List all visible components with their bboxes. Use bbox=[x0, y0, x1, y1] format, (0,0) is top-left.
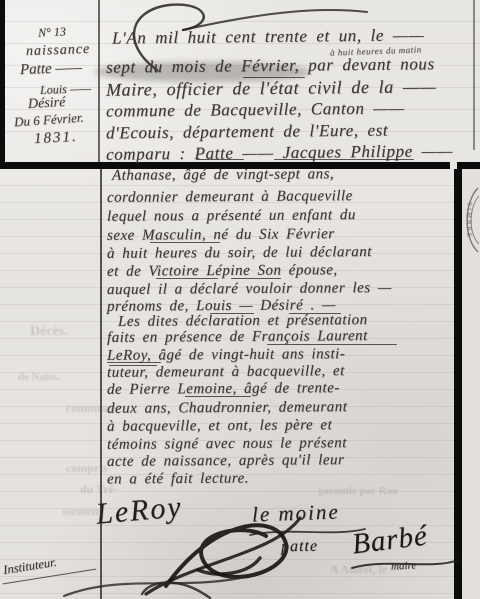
bleedthrough-text: compris bbox=[66, 462, 107, 474]
signature-patte: patte bbox=[281, 539, 318, 556]
divider-gap bbox=[450, 162, 457, 169]
act-text-line: cordonnier demeurant à Bacqueville bbox=[107, 189, 353, 206]
act-text-line: et de Victoire Lépine Son épouse, bbox=[107, 263, 338, 280]
act-text-line: tuteur, demeurant à bacqueville, et bbox=[107, 364, 345, 381]
act-text-line: Athanase, âgé de vingt-sept ans, bbox=[112, 167, 334, 184]
margin-given-name-1: Louis —— bbox=[40, 82, 91, 96]
intro-text-line: d'Ecouis, département de l'Eure, est bbox=[106, 122, 388, 142]
signature-barbe: Barbé bbox=[351, 521, 430, 559]
left-border-bar bbox=[0, 0, 5, 163]
intro-text-line: commune de Bacqueville, Canton —— bbox=[106, 99, 405, 119]
act-text-line: acte de naissance, après qu'il leur bbox=[107, 453, 344, 470]
margin-surname: Patte —— bbox=[20, 61, 83, 78]
underline-stroke bbox=[267, 344, 397, 345]
margin-year: 1831. bbox=[34, 130, 78, 147]
register-page-scan: TIMBRE N° 13 naissance Patte —— Louis ——… bbox=[0, 0, 480, 599]
margin-rule-bottom bbox=[100, 169, 102, 599]
bleedthrough-text: ssement bbox=[62, 505, 103, 517]
margin-act-type: naissance bbox=[26, 43, 91, 59]
margin-given-name-2: Désiré bbox=[28, 96, 66, 112]
bleedthrough-text: A Audot, le bbox=[330, 563, 387, 575]
act-text-line: en a été fait lecture. bbox=[107, 472, 249, 488]
intro-text-line: sept du mois de Février, par devant nous bbox=[106, 55, 435, 75]
intro-text-line: Maire, officier de l'état civil de la —— bbox=[106, 77, 436, 98]
bleedthrough-text: du Tré- bbox=[80, 483, 118, 495]
right-rule-top bbox=[473, 0, 475, 150]
intro-text-line: L'An mil huit cent trente et un, le —— bbox=[112, 26, 424, 46]
signature-maire-note: maire bbox=[391, 560, 417, 572]
margin-act-number: N° 13 bbox=[38, 25, 66, 38]
bleedthrough-text: garantir par Rou bbox=[318, 486, 398, 497]
bleedthrough-text: commune bbox=[66, 402, 116, 414]
stamp-ring-text: TIMBRE bbox=[465, 202, 472, 239]
act-text-line: sexe Masculin, né du Six Février bbox=[107, 227, 335, 244]
margin-date: Du 6 Février. bbox=[14, 111, 84, 129]
act-text-line: lequel nous a présenté un enfant du bbox=[107, 208, 356, 225]
cutoff-signature-flourish bbox=[60, 570, 300, 599]
signature-instituteur-note: Instituteur. bbox=[2, 556, 57, 577]
act-text-line: à huit heures du soir, de lui déclarant bbox=[107, 245, 372, 262]
act-text-line: témoins signé avec nous le présent bbox=[107, 436, 347, 453]
bleedthrough-text: de Naiss. bbox=[18, 372, 60, 383]
act-text-line: auquel il a déclaré vouloir donner les — bbox=[107, 281, 392, 298]
act-text-line: deux ans, Chaudronnier, demeurant bbox=[107, 400, 347, 417]
bleedthrough-text: Décès. bbox=[30, 325, 68, 339]
underline-stroke bbox=[231, 278, 281, 279]
signature-lemoine: le moine bbox=[252, 501, 340, 525]
act-text-line: à bacqueville, et ont, les père et bbox=[107, 418, 332, 435]
